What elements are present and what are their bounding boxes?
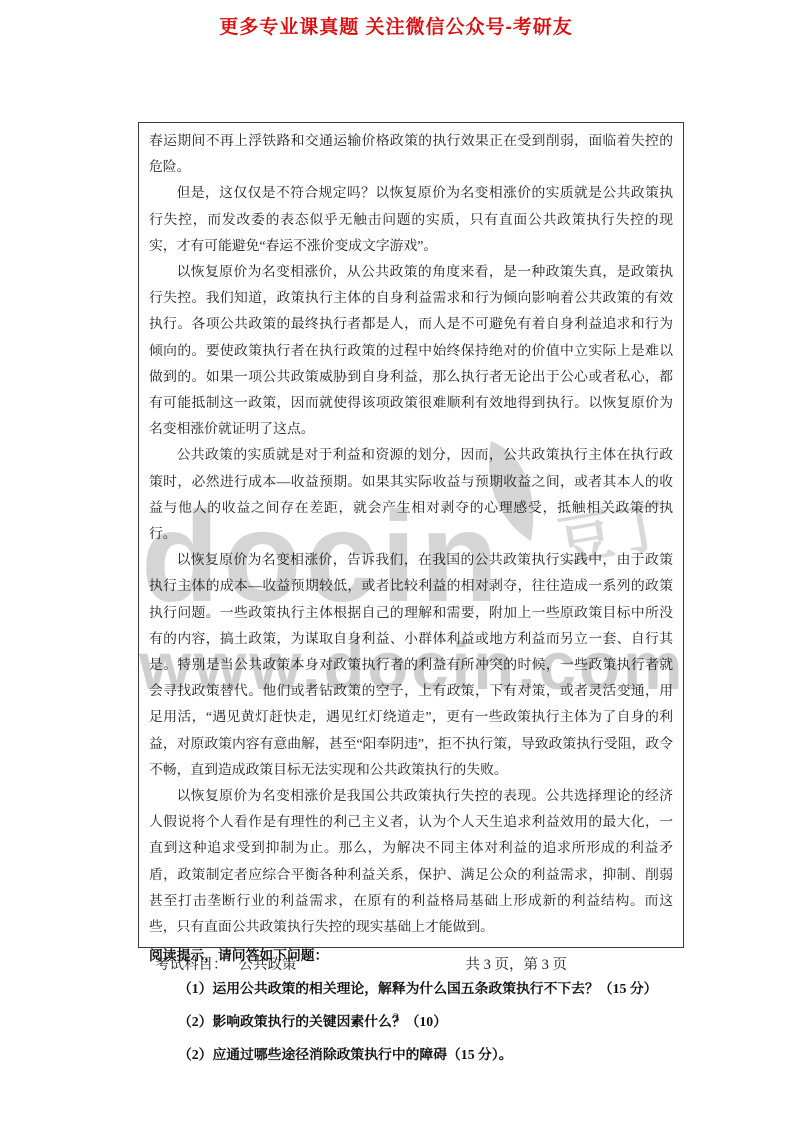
question-item: （2）应通过哪些途径消除政策执行中的障碍（15 分）。 xyxy=(149,1041,673,1068)
paragraph-list: 春运期间不再上浮铁路和交通运输价格政策的执行效果正在受到削弱，面临着失控的危险。… xyxy=(149,128,673,940)
question-item: （2）影响政策执行的关键因素什么？（10） xyxy=(149,1008,673,1035)
question-list: （1）运用公共政策的相关理论，解释为什么国五条政策执行不下去？（15 分）（2）… xyxy=(149,975,673,1068)
paragraph: 但是，这仅仅是不符合规定吗？以恢复原价为名变相涨价的实质就是公共政策执行失控，而… xyxy=(149,180,673,259)
page: 更多专业课真题 关注微信公众号-考研友 docin 豆丁 www.docin.c… xyxy=(0,0,792,1122)
paragraph: 以恢复原价为名变相涨价，从公共政策的角度来看，是一种政策失真，是政策执行失控。我… xyxy=(149,259,673,442)
paragraph: 公共政策的实质就是对于利益和资源的划分，因而，公共政策执行主体在执行政策时，必然… xyxy=(149,442,673,547)
paragraph: 以恢复原价为名变相涨价是我国公共政策执行失控的表现。公共选择理论的经济人假说将个… xyxy=(149,783,673,940)
promo-header: 更多专业课真题 关注微信公众号-考研友 xyxy=(0,12,792,39)
reading-prompt: 阅读提示，请问答如下问题： xyxy=(149,942,673,969)
document-content: 春运期间不再上浮铁路和交通运输价格政策的执行效果正在受到削弱，面临着失控的危险。… xyxy=(149,128,673,1068)
paragraph: 以恢复原价为名变相涨价，告诉我们，在我国的公共政策执行实践中，由于政策执行主体的… xyxy=(149,547,673,783)
question-item: （1）运用公共政策的相关理论，解释为什么国五条政策执行不下去？（15 分） xyxy=(149,975,673,1002)
document-box: docin 豆丁 www.docin.com 春运期间不再上浮铁路和交通运输价格… xyxy=(138,122,684,948)
paragraph: 春运期间不再上浮铁路和交通运输价格政策的执行效果正在受到削弱，面临着失控的危险。 xyxy=(149,128,673,180)
